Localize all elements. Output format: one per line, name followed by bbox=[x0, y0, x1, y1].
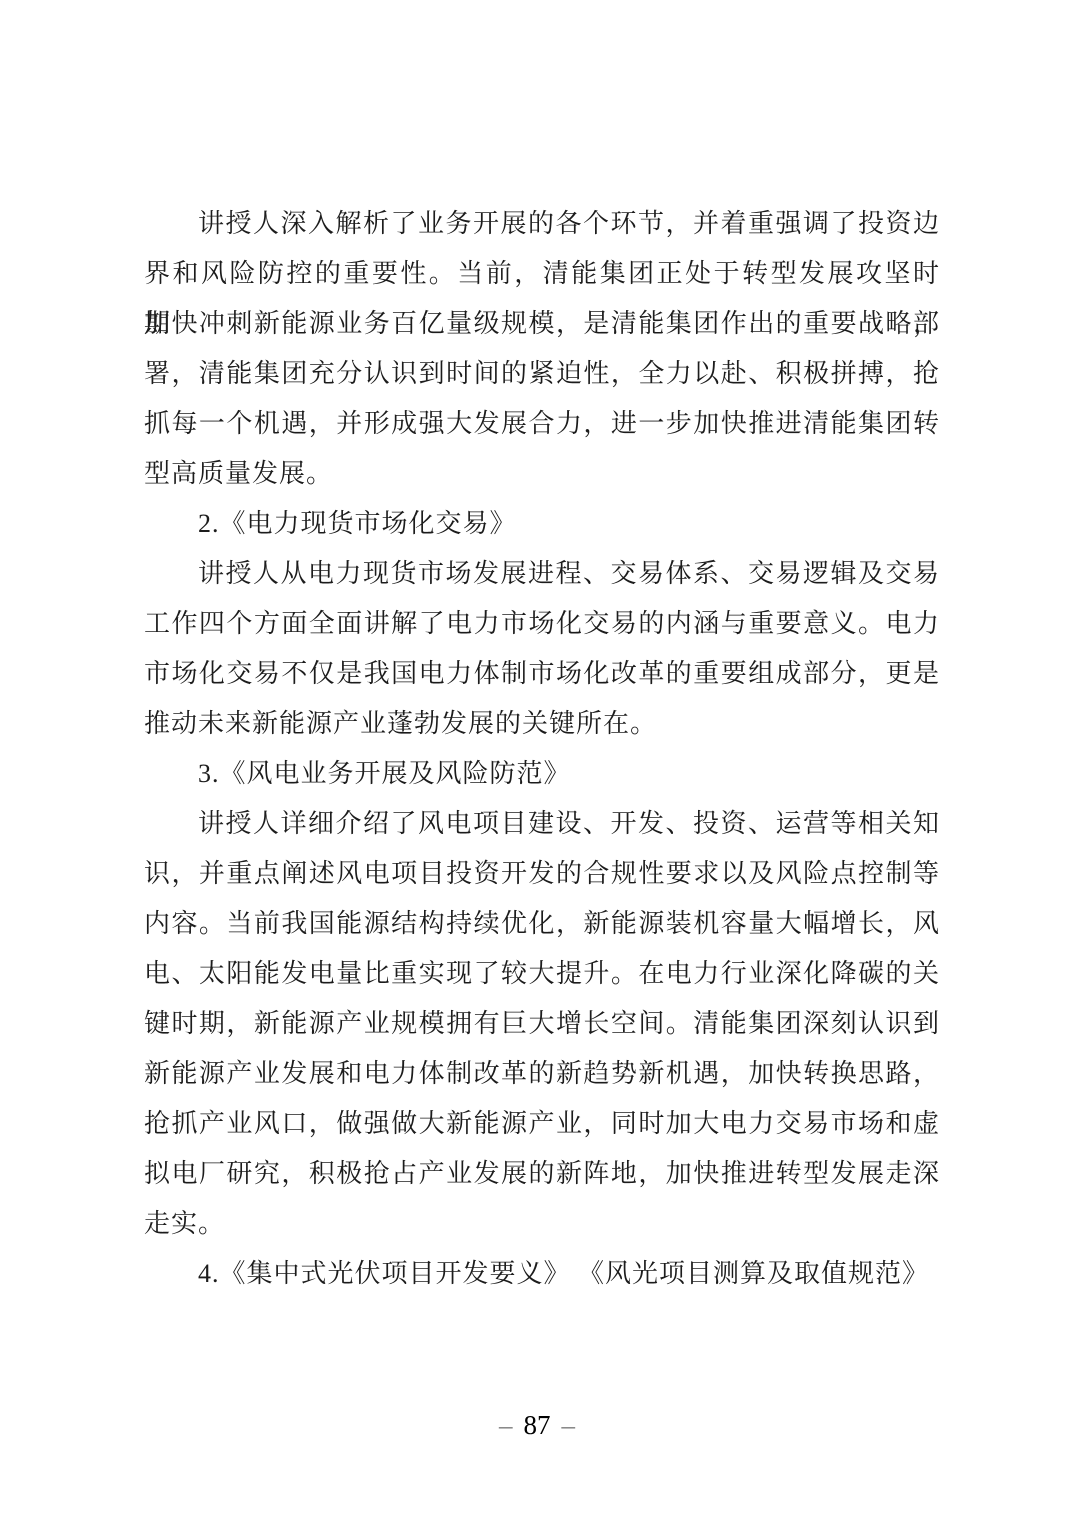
paragraph-line: 工作四个方面全面讲解了电力市场化交易的内涵与重要意义。电力 bbox=[144, 599, 940, 649]
page-number: 87 bbox=[524, 1410, 551, 1440]
heading-line: 4.《集中式光伏项目开发要义》 《风光项目测算及取值规范》 bbox=[144, 1249, 940, 1299]
paragraph-line: 署，清能集团充分认识到时间的紧迫性，全力以赴、积极拼搏，抢 bbox=[144, 349, 940, 399]
paragraph-line: 键时期，新能源产业规模拥有巨大增长空间。清能集团深刻认识到 bbox=[144, 999, 940, 1049]
paragraph-line: 界和风险防控的重要性。当前，清能集团正处于转型发展攻坚时期， bbox=[144, 249, 940, 299]
document-page: 讲授人深入解析了业务开展的各个环节，并着重强调了投资边 界和风险防控的重要性。当… bbox=[0, 0, 1074, 1520]
paragraph-line: 识，并重点阐述风电项目投资开发的合规性要求以及风险点控制等 bbox=[144, 849, 940, 899]
paragraph-line: 新能源产业发展和电力体制改革的新趋势新机遇，加快转换思路， bbox=[144, 1049, 940, 1099]
paragraph-line: 讲授人详细介绍了风电项目建设、开发、投资、运营等相关知 bbox=[144, 799, 940, 849]
paragraph-line: 推动未来新能源产业蓬勃发展的关键所在。 bbox=[144, 699, 940, 749]
paragraph-line: 讲授人从电力现货市场发展进程、交易体系、交易逻辑及交易 bbox=[144, 549, 940, 599]
document-body: 讲授人深入解析了业务开展的各个环节，并着重强调了投资边 界和风险防控的重要性。当… bbox=[144, 199, 940, 1299]
paragraph-line: 内容。当前我国能源结构持续优化，新能源装机容量大幅增长，风 bbox=[144, 899, 940, 949]
page-number-dash: – bbox=[499, 1410, 513, 1440]
paragraph-line: 抓每一个机遇，并形成强大发展合力，进一步加快推进清能集团转 bbox=[144, 399, 940, 449]
paragraph-line: 型高质量发展。 bbox=[144, 449, 940, 499]
paragraph-line: 加快冲刺新能源业务百亿量级规模，是清能集团作出的重要战略部 bbox=[144, 299, 940, 349]
paragraph-line: 拟电厂研究，积极抢占产业发展的新阵地，加快推进转型发展走深 bbox=[144, 1149, 940, 1199]
paragraph-line: 讲授人深入解析了业务开展的各个环节，并着重强调了投资边 bbox=[144, 199, 940, 249]
heading-line: 3.《风电业务开展及风险防范》 bbox=[144, 749, 940, 799]
paragraph-line: 走实。 bbox=[144, 1199, 940, 1249]
page-number-dash: – bbox=[562, 1410, 576, 1440]
paragraph-line: 抢抓产业风口，做强做大新能源产业，同时加大电力交易市场和虚 bbox=[144, 1099, 940, 1149]
heading-line: 2.《电力现货市场化交易》 bbox=[144, 499, 940, 549]
paragraph-line: 电、太阳能发电量比重实现了较大提升。在电力行业深化降碳的关 bbox=[144, 949, 940, 999]
paragraph-line: 市场化交易不仅是我国电力体制市场化改革的重要组成部分，更是 bbox=[144, 649, 940, 699]
page-footer: –87– bbox=[0, 1408, 1074, 1442]
